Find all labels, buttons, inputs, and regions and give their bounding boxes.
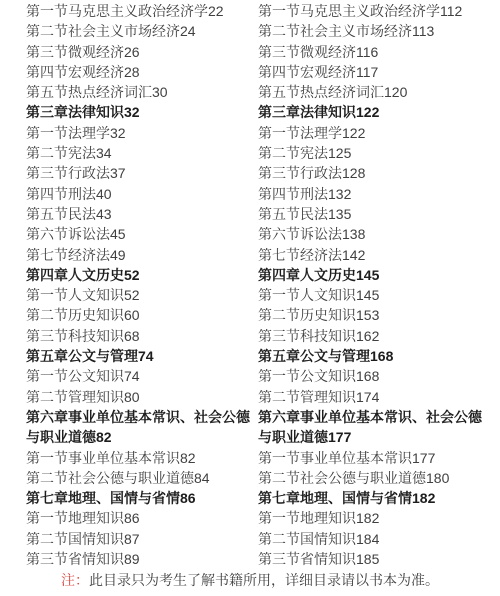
toc-column-right: 第一节马克思主义政治经济学112第二节社会主义市场经济113第三节微观经济116… [258, 1, 482, 569]
toc-section-row: 第二节社会公德与职业道德84 [26, 468, 250, 488]
toc-chapter-row: 第三章法律知识122 [258, 102, 482, 122]
toc-section-row: 第六节诉讼法138 [258, 224, 482, 244]
toc-page: 第一节马克思主义政治经济学22第二节社会主义市场经济24第三节微观经济26第四节… [0, 0, 500, 596]
toc-section-row: 第五节民法135 [258, 204, 482, 224]
footnote-text: 此目录只为考生了解书籍所用，详细目录请以书本为准。 [89, 572, 439, 588]
toc-section-row: 第三节科技知识162 [258, 326, 482, 346]
toc-section-row: 第四节宏观经济117 [258, 62, 482, 82]
toc-section-row: 第二节历史知识60 [26, 305, 250, 325]
toc-section-row: 第二节社会主义市场经济24 [26, 21, 250, 41]
footnote-prefix: 注： [61, 572, 89, 588]
toc-section-row: 第二节国情知识87 [26, 529, 250, 549]
toc-section-row: 第一节公文知识74 [26, 366, 250, 386]
toc-section-row: 第一节事业单位基本常识177 [258, 448, 482, 468]
toc-section-row: 第一节人文知识52 [26, 285, 250, 305]
toc-chapter-row: 第五章公文与管理168 [258, 346, 482, 366]
toc-section-row: 第一节地理知识182 [258, 508, 482, 528]
toc-section-row: 第五节民法43 [26, 204, 250, 224]
toc-section-row: 第六节诉讼法45 [26, 224, 250, 244]
toc-section-row: 第二节社会公德与职业道德180 [258, 468, 482, 488]
toc-section-row: 第三节微观经济26 [26, 42, 250, 62]
toc-section-row: 第一节马克思主义政治经济学112 [258, 1, 482, 21]
toc-section-row: 第三节省情知识89 [26, 549, 250, 569]
toc-chapter-row: 第四章人文历史145 [258, 265, 482, 285]
toc-section-row: 第四节宏观经济28 [26, 62, 250, 82]
footnote: 注：此目录只为考生了解书籍所用，详细目录请以书本为准。 [0, 570, 500, 590]
toc-section-row: 第二节社会主义市场经济113 [258, 21, 482, 41]
toc-section-row: 第三节科技知识68 [26, 326, 250, 346]
toc-chapter-row: 第六章事业单位基本常识、社会公德 [26, 407, 250, 427]
toc-section-row: 第三节行政法37 [26, 163, 250, 183]
toc-section-row: 第二节历史知识153 [258, 305, 482, 325]
toc-chapter-row: 与职业道德177 [258, 427, 482, 447]
toc-chapter-row: 第四章人文历史52 [26, 265, 250, 285]
toc-section-row: 第二节国情知识184 [258, 529, 482, 549]
toc-section-row: 第五节热点经济词汇120 [258, 82, 482, 102]
toc-section-row: 第一节马克思主义政治经济学22 [26, 1, 250, 21]
toc-chapter-row: 第七章地理、国情与省情182 [258, 488, 482, 508]
toc-section-row: 第三节行政法128 [258, 163, 482, 183]
toc-section-row: 第一节事业单位基本常识82 [26, 448, 250, 468]
toc-section-row: 第四节刑法132 [258, 184, 482, 204]
toc-chapter-row: 第三章法律知识32 [26, 102, 250, 122]
toc-section-row: 第二节管理知识80 [26, 387, 250, 407]
toc-section-row: 第一节法理学32 [26, 123, 250, 143]
toc-section-row: 第七节经济法49 [26, 245, 250, 265]
toc-chapter-row: 与职业道德82 [26, 427, 250, 447]
toc-section-row: 第三节微观经济116 [258, 42, 482, 62]
toc-section-row: 第一节地理知识86 [26, 508, 250, 528]
toc-section-row: 第五节热点经济词汇30 [26, 82, 250, 102]
toc-chapter-row: 第七章地理、国情与省情86 [26, 488, 250, 508]
toc-section-row: 第七节经济法142 [258, 245, 482, 265]
toc-section-row: 第一节法理学122 [258, 123, 482, 143]
toc-section-row: 第四节刑法40 [26, 184, 250, 204]
toc-chapter-row: 第六章事业单位基本常识、社会公德 [258, 407, 482, 427]
toc-column-left: 第一节马克思主义政治经济学22第二节社会主义市场经济24第三节微观经济26第四节… [26, 1, 250, 569]
toc-section-row: 第三节省情知识185 [258, 549, 482, 569]
toc-section-row: 第二节宪法125 [258, 143, 482, 163]
toc-section-row: 第一节人文知识145 [258, 285, 482, 305]
toc-section-row: 第二节宪法34 [26, 143, 250, 163]
toc-section-row: 第一节公文知识168 [258, 366, 482, 386]
toc-section-row: 第二节管理知识174 [258, 387, 482, 407]
toc-chapter-row: 第五章公文与管理74 [26, 346, 250, 366]
